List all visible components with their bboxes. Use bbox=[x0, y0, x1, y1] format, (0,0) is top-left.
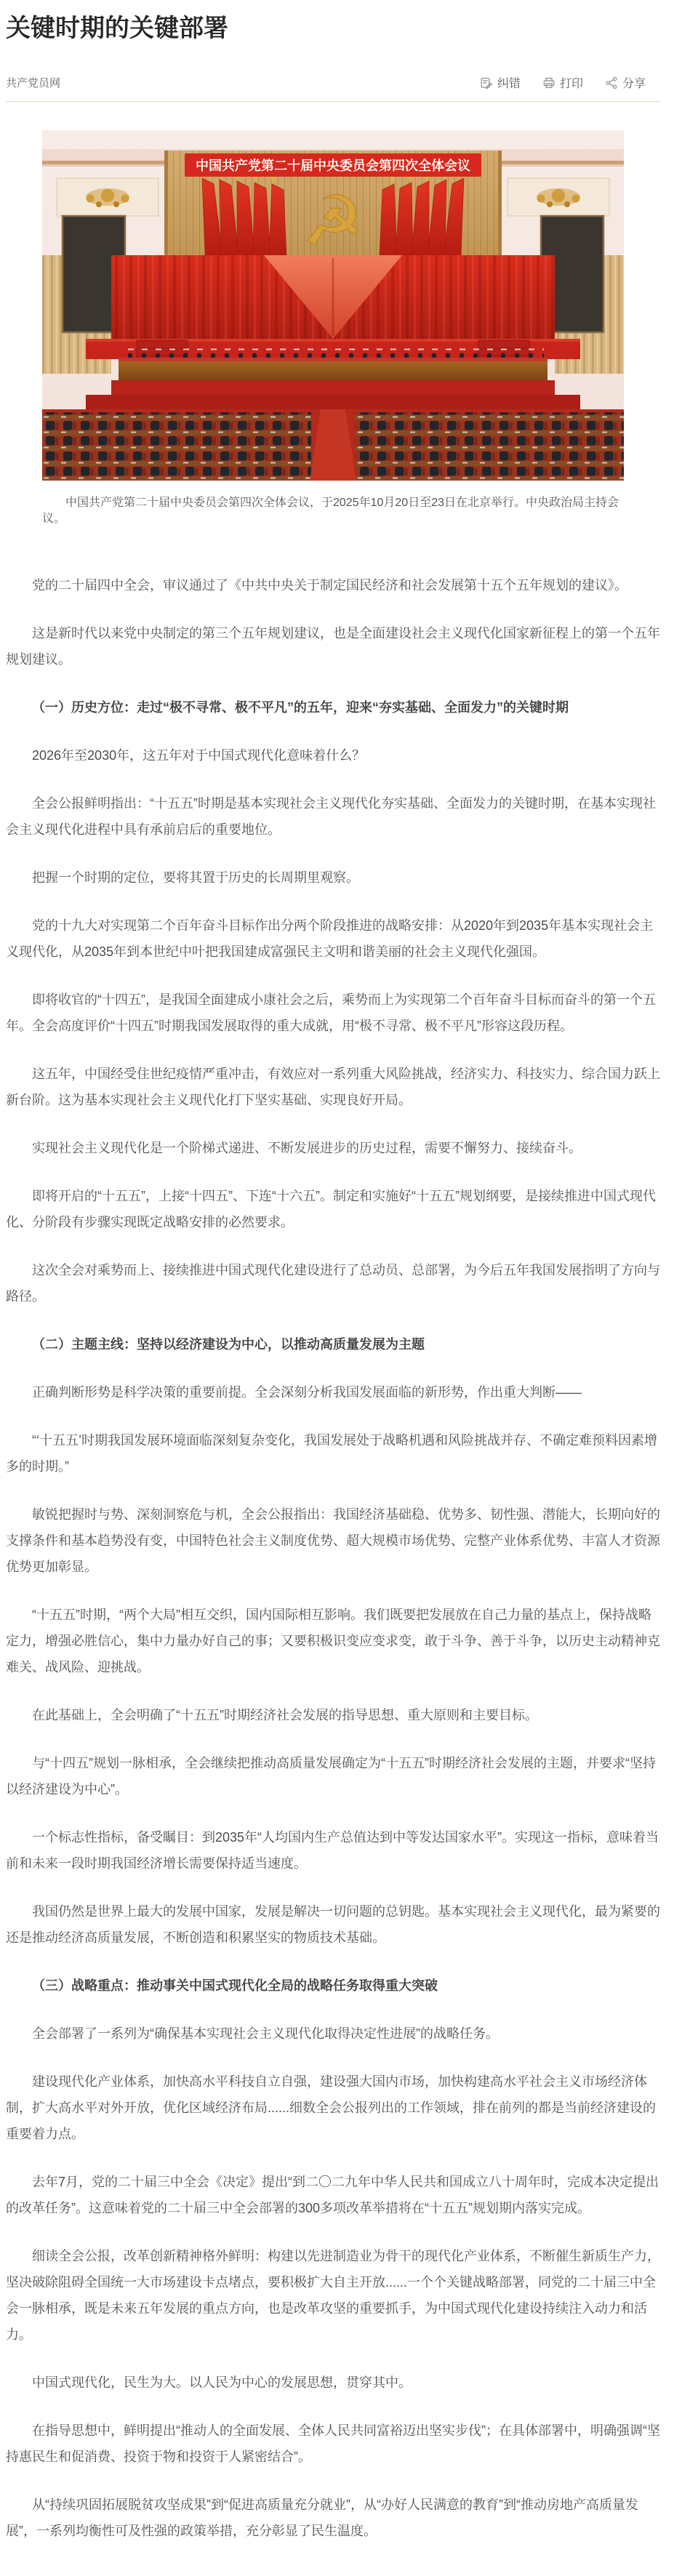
article-paragraph: 去年7月，党的二十届三中全会《决定》提出“到二〇二九年中华人民共和国成立八十周年… bbox=[6, 2169, 660, 2221]
article-paragraph: 实现社会主义现代化是一个阶梯式递进、不断发展进步的历史过程，需要不懈努力、接续奋… bbox=[6, 1135, 660, 1161]
correction-label: 纠错 bbox=[497, 74, 521, 91]
article-paragraph: 即将收官的“十四五”，是我国全面建成小康社会之后，乘势而上为实现第二个百年奋斗目… bbox=[6, 987, 660, 1039]
article-paragraph: 这次全会对乘势而上、接续推进中国式现代化建设进行了总动员、总部署，为今后五年我国… bbox=[6, 1257, 660, 1309]
article-paragraph: 建设现代化产业体系，加快高水平科技自立自强，建设强大国内市场，加快构建高水平社会… bbox=[6, 2069, 660, 2147]
plenary-session-photo: ☭ bbox=[42, 130, 624, 481]
stage-base bbox=[86, 395, 580, 409]
article-paragraph: 在此基础上，全会明确了“十五五”时期经济社会发展的指导思想、重大原则和主要目标。 bbox=[6, 1702, 660, 1728]
banner-text: 中国共产党第二十届中央委员会第四次全体会议 bbox=[196, 158, 470, 173]
source-name: 共产党员网 bbox=[6, 75, 60, 90]
article-paragraph: 全会公报鲜明指出：“十五五”时期是基本实现社会主义现代化夯实基础、全面发力的关键… bbox=[6, 790, 660, 843]
article-body: 党的二十届四中全会，审议通过了《中共中央关于制定国民经济和社会发展第十五个五年规… bbox=[6, 572, 660, 2544]
share-icon bbox=[605, 76, 618, 89]
article-paragraph: 中国式现代化，民生为大。以人民为中心的发展思想，贯穿其中。 bbox=[6, 2370, 660, 2396]
article-paragraph: 与“十四五”规划一脉相承，全会继续把推动高质量发展确定为“十五五”时期经济社会发… bbox=[6, 1750, 660, 1802]
article-paragraph: 在指导思想中，鲜明提出“推动人的全面发展、全体人民共同富裕迈出坚实步伐”；在具体… bbox=[6, 2417, 660, 2470]
article-paragraph: “十五五”时期，“两个大局”相互交织，国内国际相互影响。我们既要把发展放在自己力… bbox=[6, 1602, 660, 1680]
article-paragraph: 把握一个时期的定位，要将其置于历史的长周期里观察。 bbox=[6, 864, 660, 891]
article-paragraph: “‘十五五’时期我国发展环境面临深刻复杂变化，我国发展处于战略机遇和风险挑战并存… bbox=[6, 1427, 660, 1480]
article-page: 关键时期的关键部署 共产党员网 纠错 bbox=[6, 12, 660, 2576]
edit-correction-icon bbox=[480, 76, 493, 89]
article-paragraph: 我国仍然是世界上最大的发展中国家，发展是解决一切问题的总钥匙。基本实现社会主义现… bbox=[6, 1898, 660, 1951]
print-icon bbox=[542, 76, 555, 89]
page-title: 关键时期的关键部署 bbox=[6, 12, 660, 45]
print-label: 打印 bbox=[560, 74, 583, 91]
print-button[interactable]: 打印 bbox=[542, 74, 583, 91]
article-figure: ☭ bbox=[6, 130, 660, 527]
article-paragraph: 即将开启的“十五五”，上接“十四五”、下连“十六五”。制定和实施好“十五五”规划… bbox=[6, 1183, 660, 1235]
rostrum-leaders bbox=[122, 347, 544, 358]
rostrum-table-front bbox=[119, 361, 547, 380]
rostrum-table-top bbox=[119, 358, 547, 361]
photo-caption: 中国共产党第二十届中央委员会第四次全体会议，于2025年10月20日至23日在北… bbox=[42, 495, 624, 527]
article-paragraph: 这五年，中国经受住世纪疫情严重冲击，有效应对一系列重大风险挑战，经济实力、科技实… bbox=[6, 1061, 660, 1113]
article-paragraph: 全会部署了一系列为“确保基本实现社会主义现代化取得决定性进展”的战略任务。 bbox=[6, 2021, 660, 2047]
share-button[interactable]: 分享 bbox=[605, 74, 646, 91]
hammer-sickle-emblem: ☭ bbox=[302, 182, 364, 262]
audience-right bbox=[355, 412, 624, 481]
correction-button[interactable]: 纠错 bbox=[480, 74, 521, 91]
share-label: 分享 bbox=[622, 74, 646, 91]
article-paragraph: 细读全会公报，改革创新精神格外鲜明：构建以先进制造业为骨干的现代化产业体系，不断… bbox=[6, 2243, 660, 2348]
article-paragraph: 2026年至2030年，这五年对于中国式现代化意味着什么？ bbox=[6, 742, 660, 769]
meta-row: 共产党员网 纠错 bbox=[6, 74, 660, 102]
article-paragraph: 正确判断形势是科学决策的重要前提。全会深刻分析我国发展面临的新形势，作出重大判断… bbox=[6, 1379, 660, 1405]
section-heading: （二）主题主线：坚持以经济建设为中心，以推动高质量发展为主题 bbox=[6, 1331, 660, 1357]
stage-front bbox=[111, 380, 555, 395]
section-heading: （一）历史方位：走过“极不寻常、极不平凡”的五年，迎来“夯实基础、全面发力”的关… bbox=[6, 694, 660, 721]
article-paragraph: 党的十九大对实现第二个百年奋斗目标作出分两个阶段推进的战略安排：从2020年到2… bbox=[6, 912, 660, 965]
action-bar: 纠错 打印 bbox=[480, 74, 646, 91]
section-heading: （三）战略重点：推动事关中国式现代化全局的战略任务取得重大突破 bbox=[6, 1973, 660, 1999]
article-paragraph: 党的二十届四中全会，审议通过了《中共中央关于制定国民经济和社会发展第十五个五年规… bbox=[6, 572, 660, 598]
article-paragraph: 敏锐把握时与势、深刻洞察危与机，全会公报指出：我国经济基础稳、优势多、韧性强、潜… bbox=[6, 1501, 660, 1580]
article-paragraph: 这是新时代以来党中央制定的第三个五年规划建议，也是全面建设社会主义现代化国家新征… bbox=[6, 620, 660, 673]
article-paragraph: 从“持续巩固拓展脱贫攻坚成果”到“促进高质量充分就业”，从“办好人民满意的教育”… bbox=[6, 2492, 660, 2544]
audience-left bbox=[42, 412, 311, 481]
article-paragraph: 一个标志性指标，备受瞩目：到2035年“人均国内生产总值达到中等发达国家水平”。… bbox=[6, 1824, 660, 1877]
